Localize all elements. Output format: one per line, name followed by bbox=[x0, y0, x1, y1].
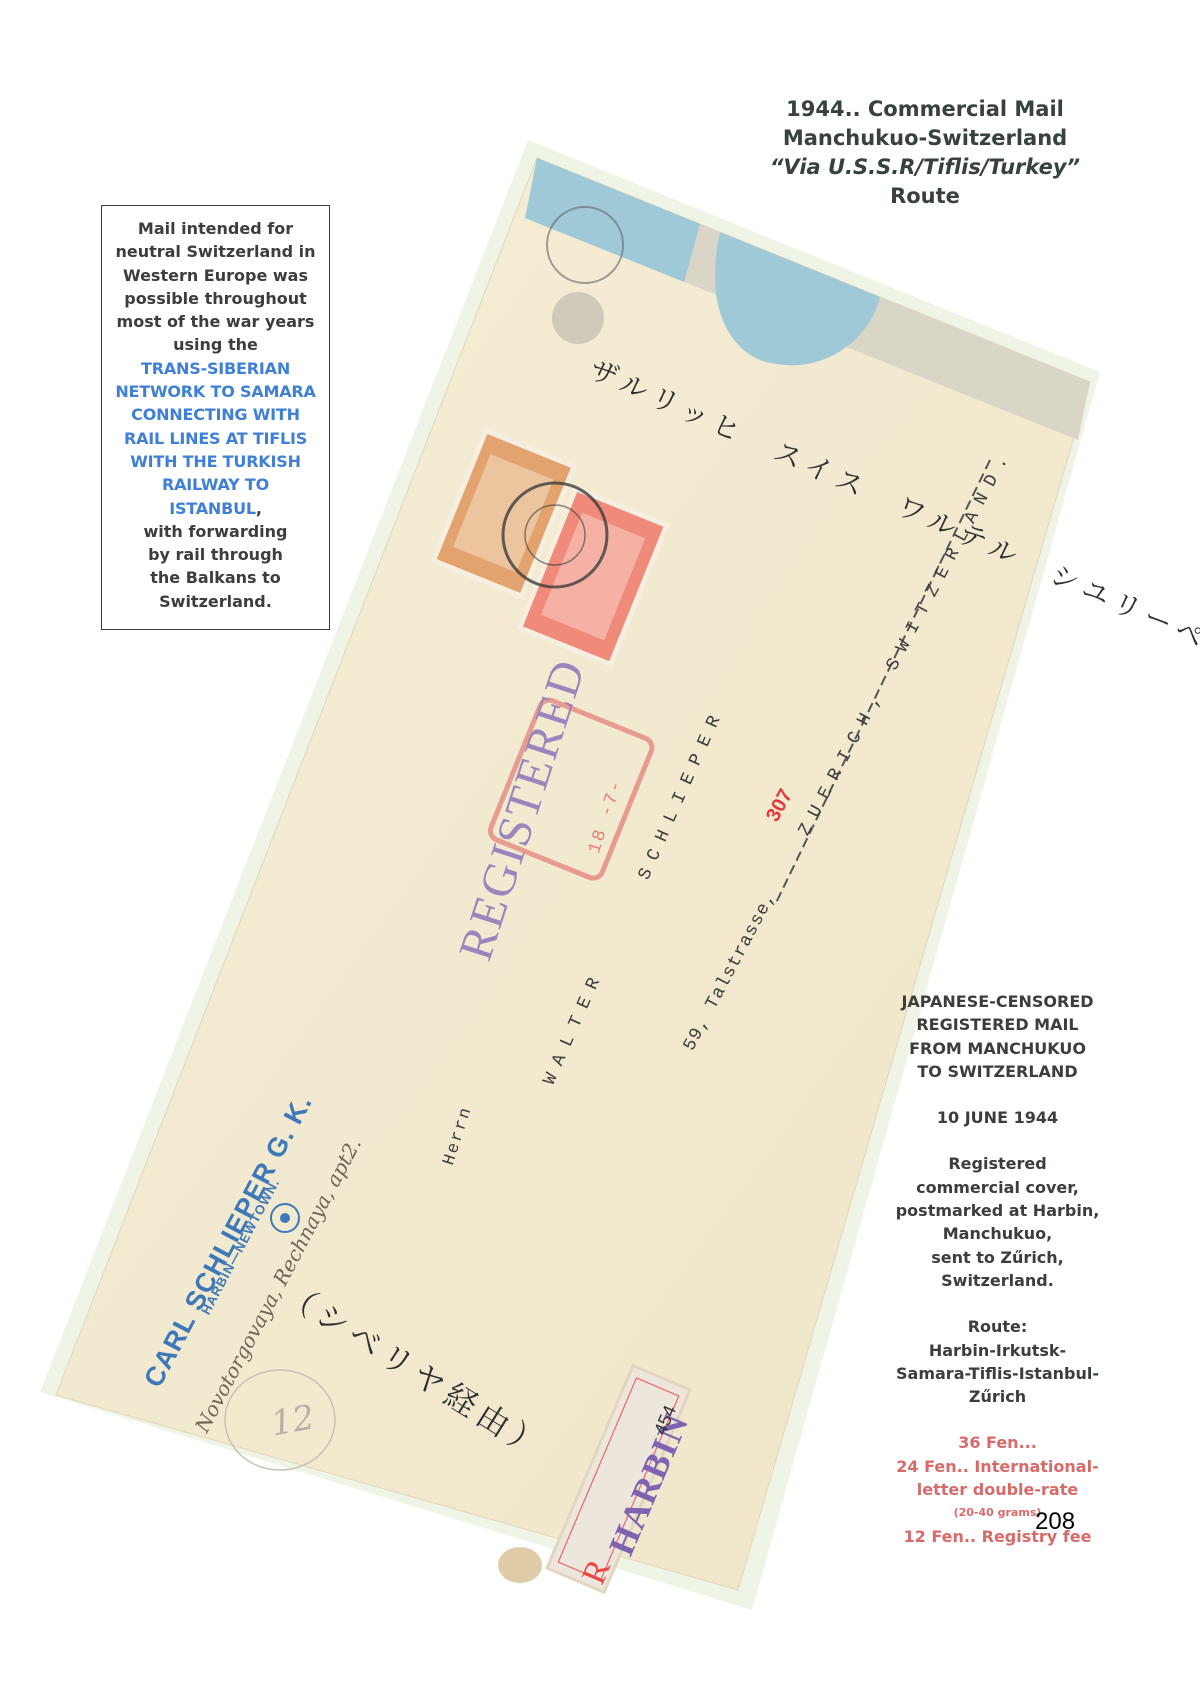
text-line: commercial cover, bbox=[880, 1176, 1115, 1199]
text-line: Switzerland. bbox=[880, 1269, 1115, 1292]
fee-registry: 12 Fen.. Registry fee bbox=[880, 1525, 1115, 1548]
text-line: Samara-Tiflis-Istanbul- bbox=[880, 1362, 1115, 1385]
fee-international: 24 Fen.. International- bbox=[880, 1455, 1115, 1478]
description-summary: Registeredcommercial cover,postmarked at… bbox=[880, 1152, 1115, 1292]
stain bbox=[498, 1547, 542, 1583]
route-lines: Harbin-Irkutsk-Samara-Tiflis-Istanbul-Zű… bbox=[880, 1339, 1115, 1409]
text-line: postmarked at Harbin, bbox=[880, 1199, 1115, 1222]
fee-total: 36 Fen... bbox=[880, 1431, 1115, 1454]
text-line: FROM MANCHUKUO bbox=[880, 1037, 1115, 1060]
fee-double-rate: letter double-rate bbox=[880, 1478, 1115, 1501]
postage-fees: 36 Fen... 24 Fen.. International- letter… bbox=[880, 1431, 1115, 1547]
page-number: 208 bbox=[1035, 1508, 1075, 1536]
description-title: JAPANESE-CENSOREDREGISTERED MAILFROM MAN… bbox=[880, 990, 1115, 1083]
pencil-mark: 12 bbox=[268, 1397, 318, 1444]
cover-description: JAPANESE-CENSOREDREGISTERED MAILFROM MAN… bbox=[880, 990, 1115, 1548]
text-line: Manchukuo, bbox=[880, 1222, 1115, 1245]
text-line: Registered bbox=[880, 1152, 1115, 1175]
text-line: Zűrich bbox=[880, 1385, 1115, 1408]
text-line: Harbin-Irkutsk- bbox=[880, 1339, 1115, 1362]
text-line: REGISTERED MAIL bbox=[880, 1013, 1115, 1036]
description-date: 10 JUNE 1944 bbox=[880, 1106, 1115, 1129]
text-line: TO SWITZERLAND bbox=[880, 1060, 1115, 1083]
text-line: sent to Zűrich, bbox=[880, 1246, 1115, 1269]
description-route: Route: Harbin-Irkutsk-Samara-Tiflis-Ista… bbox=[880, 1315, 1115, 1408]
fee-weight: (20-40 grams) bbox=[880, 1501, 1115, 1524]
route-label: Route: bbox=[880, 1315, 1115, 1338]
text-line: JAPANESE-CENSORED bbox=[880, 990, 1115, 1013]
